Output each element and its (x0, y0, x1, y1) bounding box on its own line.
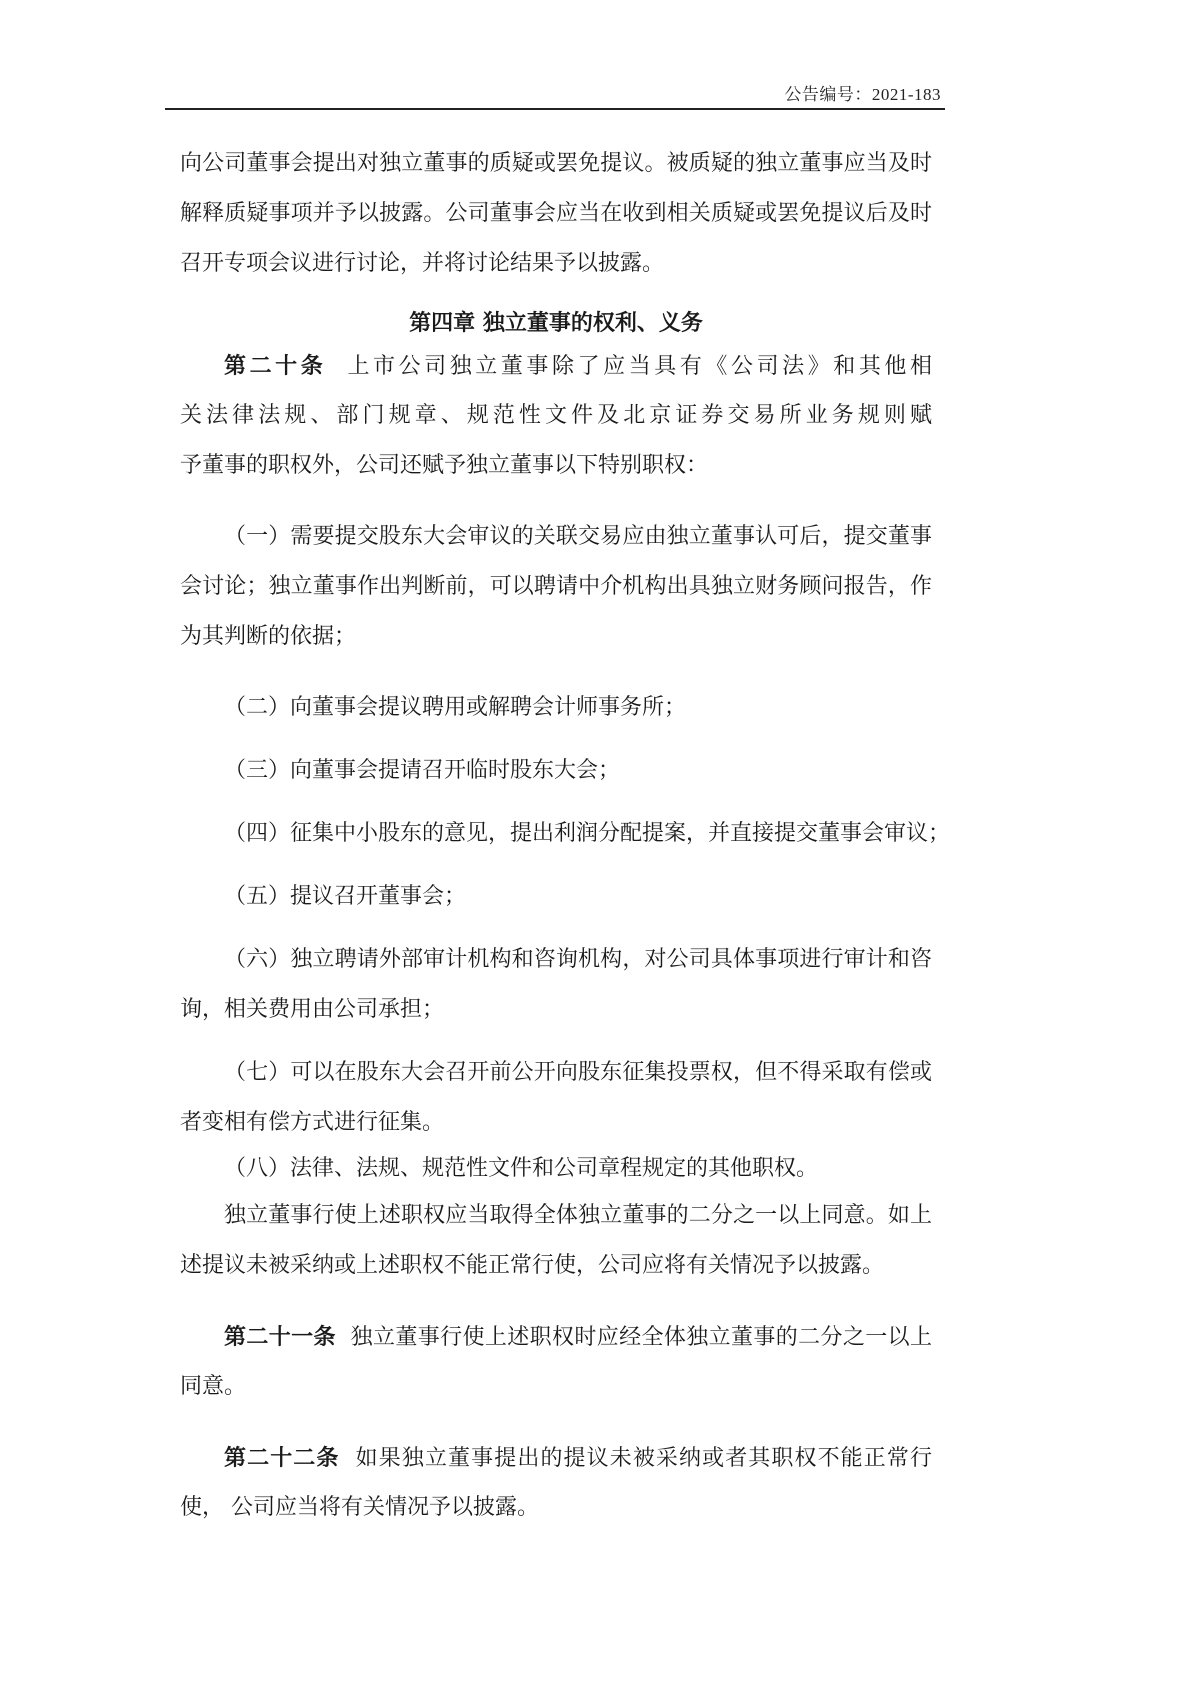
article-22-line: 使， 公司应当将有关情况予以披露。 (180, 1493, 932, 1523)
page-header: 公告编号：2021-183 (165, 0, 945, 110)
article-20-line: 关法律法规、部门规章、规范性文件及北京证券交易所业务规则赋 (180, 401, 932, 431)
list-item-1-cont: 会讨论；独立董事作出判断前，可以聘请中介机构出具独立财务顾问报告，作 (180, 572, 932, 602)
chapter-title: 第四章 独立董事的权利、义务 (180, 308, 932, 338)
list-item-7: （七）可以在股东大会召开前公开向股东征集投票权，但不得采取有偿或 (180, 1058, 932, 1088)
article-22-label: 第二十二条 (224, 1445, 339, 1471)
announcement-number: 公告编号：2021-183 (784, 80, 941, 105)
article-21-label: 第二十一条 (224, 1324, 336, 1350)
article-20-closing: 独立董事行使上述职权应当取得全体独立董事的二分之一以上同意。如上 (180, 1201, 932, 1231)
article-20-closing: 述提议未被采纳或上述职权不能正常行使，公司应将有关情况予以披露。 (180, 1251, 932, 1281)
list-item-6: （六）独立聘请外部审计机构和咨询机构，对公司具体事项进行审计和咨 (180, 945, 932, 975)
list-item-4: （四）征集中小股东的意见，提出利润分配提案，并直接提交董事会审议； (180, 819, 932, 849)
list-item-2: （二）向董事会提议聘用或解聘会计师事务所； (180, 693, 932, 723)
article-22-line: 第二十二条 如果独立董事提出的提议未被采纳或者其职权不能正常行 (180, 1443, 932, 1474)
article-20-line: 第二十条 上市公司独立董事除了应当具有《公司法》和其他相 (180, 351, 932, 382)
paragraph-line: 向公司董事会提出对独立董事的质疑或罢免提议。被质疑的独立董事应当及时 (180, 149, 932, 179)
list-item-1: （一）需要提交股东大会审议的关联交易应由独立董事认可后，提交董事 (180, 522, 932, 552)
paragraph-line: 解释质疑事项并予以披露。公司董事会应当在收到相关质疑或罢免提议后及时 (180, 199, 932, 229)
article-20-line: 予董事的职权外，公司还赋予独立董事以下特别职权： (180, 451, 932, 481)
list-item-8: （八）法律、法规、规范性文件和公司章程规定的其他职权。 (180, 1154, 932, 1184)
list-item-5: （五）提议召开董事会； (180, 882, 932, 912)
article-20-label: 第二十条 (224, 353, 326, 379)
list-item-1-cont: 为其判断的依据； (180, 622, 932, 652)
paragraph-line: 召开专项会议进行讨论，并将讨论结果予以披露。 (180, 249, 932, 279)
article-21-line: 第二十一条 独立董事行使上述职权时应经全体独立董事的二分之一以上 (180, 1322, 932, 1353)
list-item-7-cont: 者变相有偿方式进行征集。 (180, 1108, 932, 1138)
list-item-3: （三）向董事会提请召开临时股东大会； (180, 756, 932, 786)
list-item-6-cont: 询，相关费用由公司承担； (180, 995, 932, 1025)
article-21-line: 同意。 (180, 1372, 932, 1402)
